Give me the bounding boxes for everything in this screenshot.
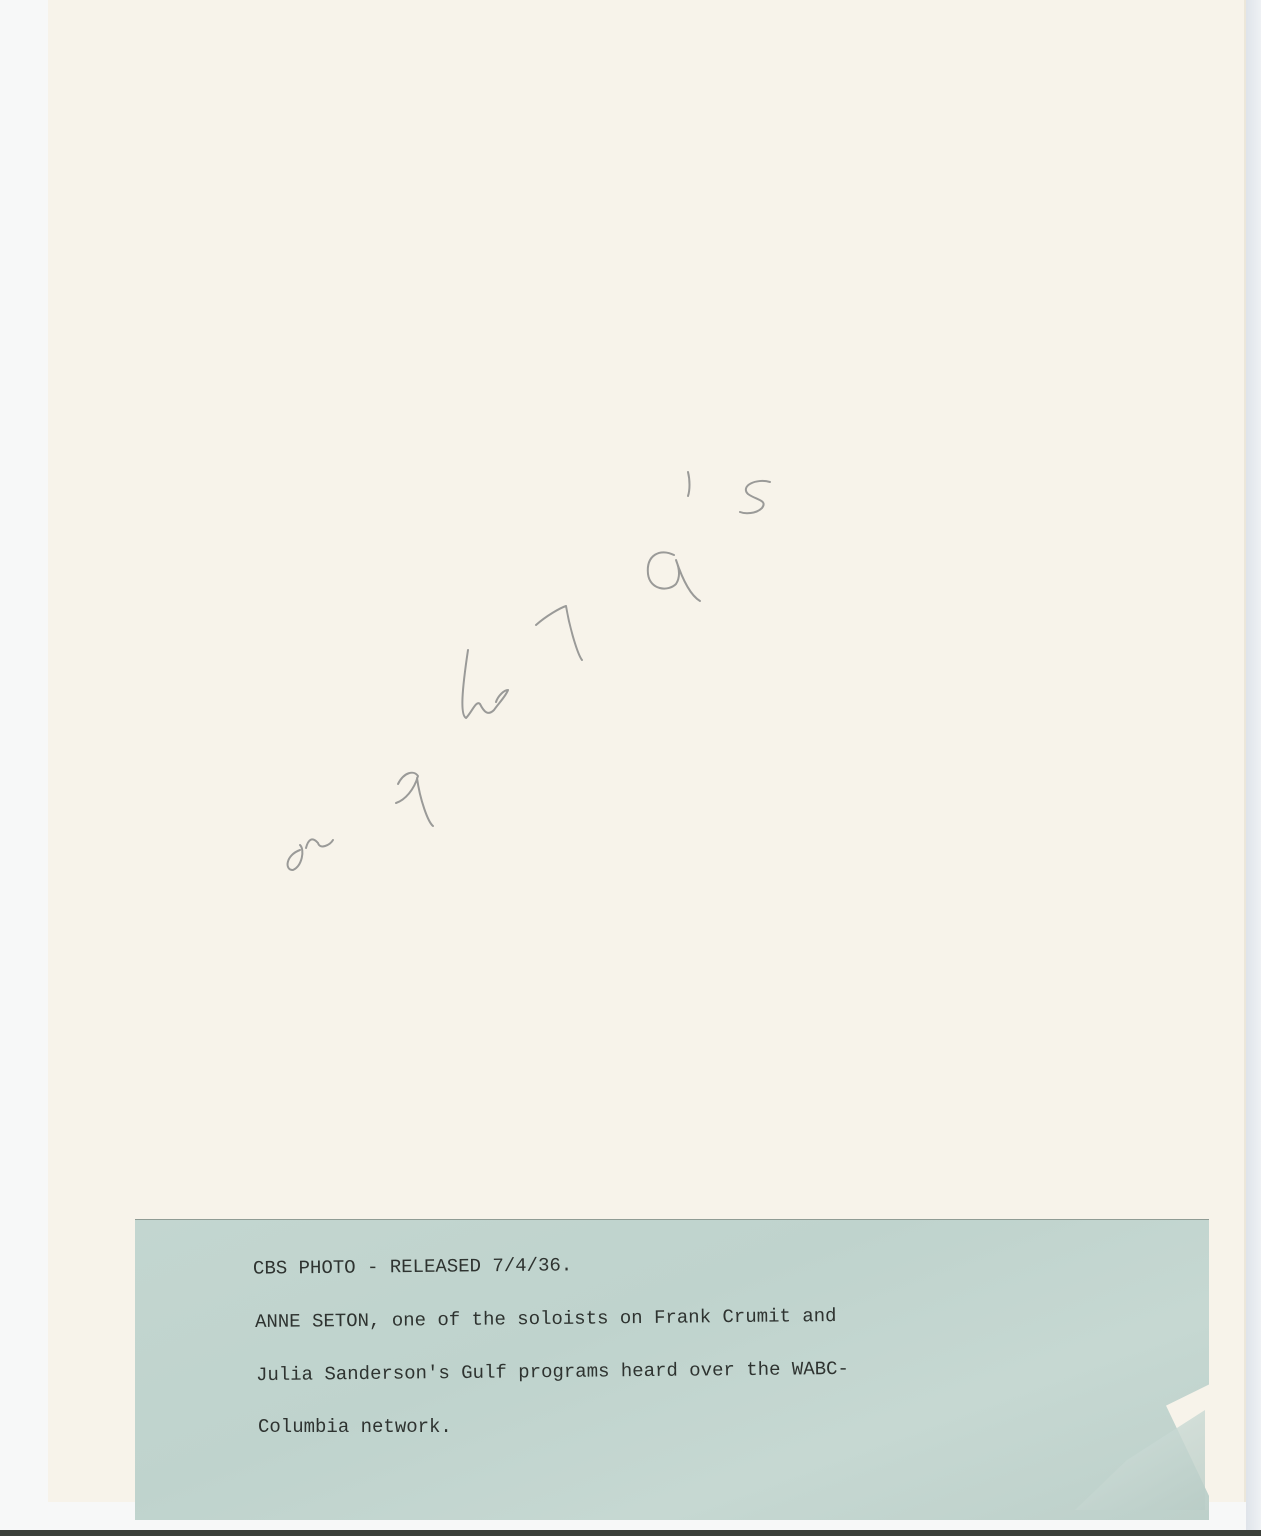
caption-release-line: CBS PHOTO - RELEASED 7/4/36.	[253, 1256, 572, 1278]
caption-line-4: Columbia network.	[258, 1418, 452, 1437]
scanner-edge-strip	[0, 1530, 1261, 1536]
scan-edge	[1246, 0, 1261, 1536]
